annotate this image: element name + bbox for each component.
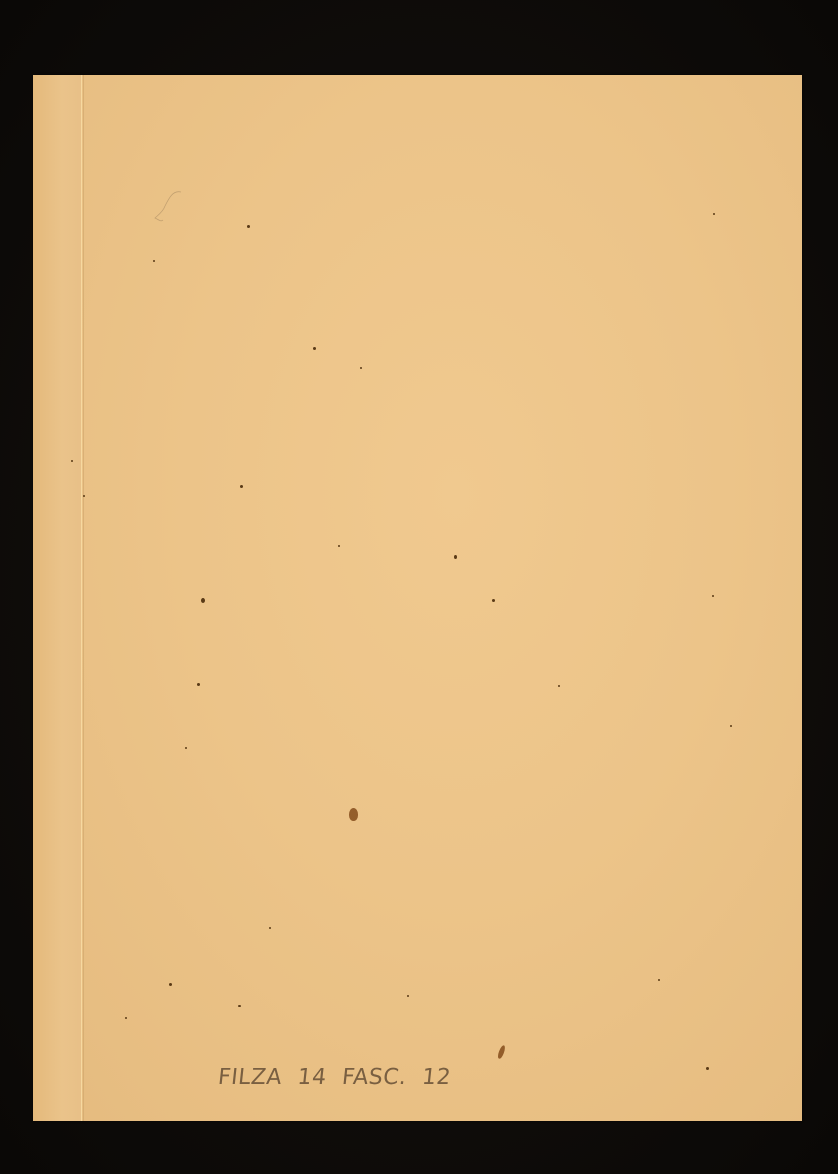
speck	[454, 555, 457, 559]
binding-strip	[33, 75, 82, 1121]
speck	[201, 598, 205, 603]
speck	[713, 213, 715, 215]
paper-sheet: FILZA 14 FASC. 12	[33, 75, 802, 1121]
speck	[269, 927, 271, 929]
speck	[407, 995, 409, 997]
speck	[197, 683, 200, 686]
speck	[313, 347, 316, 350]
speck	[247, 225, 250, 228]
speck	[125, 1017, 127, 1019]
speck	[658, 979, 660, 981]
speck	[712, 595, 714, 597]
speck	[360, 367, 362, 369]
speck	[153, 260, 155, 262]
archive-annotation: FILZA 14 FASC. 12	[217, 1065, 453, 1090]
speck	[238, 1005, 241, 1007]
ink-stain	[349, 808, 358, 821]
speck	[558, 685, 560, 687]
fold-line	[83, 75, 84, 1121]
speck	[169, 983, 172, 986]
ink-stain	[497, 1045, 506, 1060]
speck	[338, 545, 340, 547]
speck	[492, 599, 495, 602]
pencil-mark	[151, 188, 191, 226]
speck	[730, 725, 732, 727]
speck	[706, 1067, 709, 1070]
speck	[71, 460, 73, 462]
speck	[240, 485, 243, 488]
speck	[185, 747, 187, 749]
speck	[83, 495, 85, 497]
